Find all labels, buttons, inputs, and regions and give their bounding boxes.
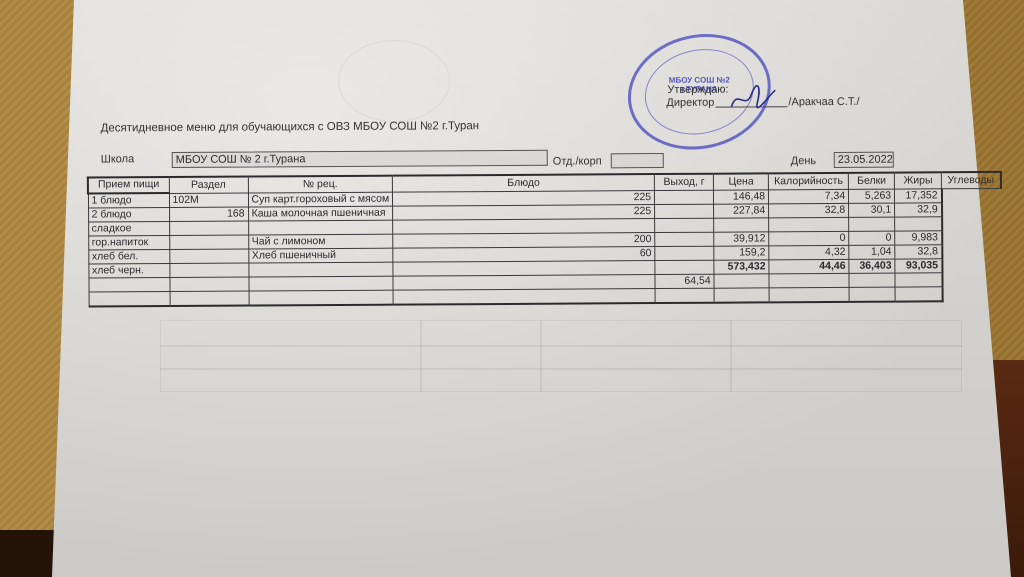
school-label: Школа xyxy=(101,153,135,165)
column-header-carbs: Углеводы xyxy=(941,172,1000,188)
meal-column-header: Прием пищи xyxy=(88,177,169,193)
cell-section: сладкое xyxy=(88,222,169,236)
column-header-calories: Калорийность xyxy=(768,173,848,189)
cell-section: 2 блюдо xyxy=(88,208,169,222)
cell-protein: 7,34 xyxy=(769,189,849,204)
cell-dish xyxy=(248,220,393,235)
cell-fat: 5,263 xyxy=(849,189,895,204)
column-header-recipe: № рец. xyxy=(248,176,393,193)
cell-fat: 0 xyxy=(849,231,895,245)
cell-dish: Суп карт.гороховый с мясом xyxy=(248,192,393,207)
cell-section: 1 блюдо xyxy=(88,193,169,208)
cell-price xyxy=(655,204,714,218)
menu-table: Прием пищи Раздел № рец. Блюдо Выход, г … xyxy=(87,171,1002,307)
cell-carbs: 32,9 xyxy=(895,203,942,217)
cell-carbs xyxy=(895,287,942,301)
school-field: МБОУ СОШ № 2 г.Турана xyxy=(172,150,548,168)
cell-calories xyxy=(714,288,769,302)
cell-yield xyxy=(393,289,655,305)
menu-document: МБОУ СОШ №2 г.ТУРАНА Утверждаю: Директор… xyxy=(0,0,1024,577)
signature-icon xyxy=(727,84,777,112)
cell-calories: 159,2 xyxy=(714,246,769,260)
cell-protein: 32,8 xyxy=(769,203,849,217)
column-header-dish: Блюдо xyxy=(393,174,655,192)
cell-fat xyxy=(849,217,895,231)
cell-recipe xyxy=(169,263,248,277)
cell-dish: Каша молочная пшеничная xyxy=(248,206,393,221)
cell-protein xyxy=(769,217,849,231)
column-header-yield: Выход, г xyxy=(655,174,714,190)
cell-fat xyxy=(849,287,895,301)
cell-fat: 1,04 xyxy=(849,245,895,259)
cell-recipe xyxy=(169,277,248,291)
cell-price xyxy=(655,218,714,232)
cell-fat xyxy=(849,273,895,287)
approval-label: Утверждаю: xyxy=(667,84,728,96)
cell-section xyxy=(88,278,169,292)
cell-calories: 227,84 xyxy=(714,204,769,218)
cell-dish xyxy=(248,276,393,291)
cell-calories: 146,48 xyxy=(714,189,769,204)
cell-section: хлеб черн. xyxy=(88,264,169,278)
cell-price xyxy=(655,260,714,274)
cell-protein xyxy=(769,273,849,287)
cell-calories: 39,912 xyxy=(714,232,769,246)
cell-fat: 36,403 xyxy=(849,259,895,273)
cell-recipe: 168 xyxy=(169,207,248,221)
cell-carbs: 93,035 xyxy=(895,259,942,273)
cell-protein xyxy=(769,287,849,301)
cell-section xyxy=(89,292,170,306)
cell-carbs xyxy=(895,273,942,287)
cell-calories xyxy=(714,274,769,288)
cell-dish xyxy=(249,290,394,305)
cell-carbs: 32,8 xyxy=(895,245,942,259)
column-header-protein: Белки xyxy=(848,173,894,189)
cell-calories: 573,432 xyxy=(714,260,769,274)
cell-price xyxy=(655,246,714,260)
dept-label: Отд./корп xyxy=(553,155,602,167)
document-title: Десятидневное меню для обучающихся с ОВЗ… xyxy=(101,120,480,134)
cell-carbs: 17,352 xyxy=(895,188,942,203)
cell-recipe xyxy=(170,291,249,305)
cell-protein: 0 xyxy=(769,231,849,245)
cell-recipe xyxy=(169,221,248,235)
cell-carbs: 9,983 xyxy=(895,231,942,245)
day-label: День xyxy=(791,155,816,167)
dept-field xyxy=(611,153,664,168)
column-header-price: Цена xyxy=(713,173,768,189)
cell-section: хлеб бел. xyxy=(88,250,169,264)
cell-carbs xyxy=(895,217,942,231)
cell-dish xyxy=(248,262,393,277)
cell-price xyxy=(655,190,714,205)
column-header-section: Раздел xyxy=(169,177,248,193)
cell-recipe: 102М xyxy=(169,193,248,208)
cell-protein: 4,32 xyxy=(769,245,849,259)
cell-price: 64,54 xyxy=(655,274,714,288)
cell-protein: 44,46 xyxy=(769,259,849,273)
column-header-fat: Жиры xyxy=(894,172,941,188)
cell-price xyxy=(655,232,714,246)
signer-name: /Аракчаа С.Т./ xyxy=(788,96,859,108)
cell-calories xyxy=(714,218,769,232)
cell-dish: Чай с лимоном xyxy=(248,234,393,249)
cell-recipe xyxy=(169,235,248,249)
cell-yield: 225 xyxy=(393,190,655,206)
cell-price xyxy=(655,288,714,302)
cell-dish: Хлеб пшеничный xyxy=(248,248,393,263)
cell-section: гор.напиток xyxy=(88,236,169,250)
cell-recipe xyxy=(169,249,248,263)
day-field: 23.05.2022 xyxy=(834,152,894,168)
director-label: Директор xyxy=(666,97,714,109)
cell-fat: 30,1 xyxy=(849,203,895,217)
